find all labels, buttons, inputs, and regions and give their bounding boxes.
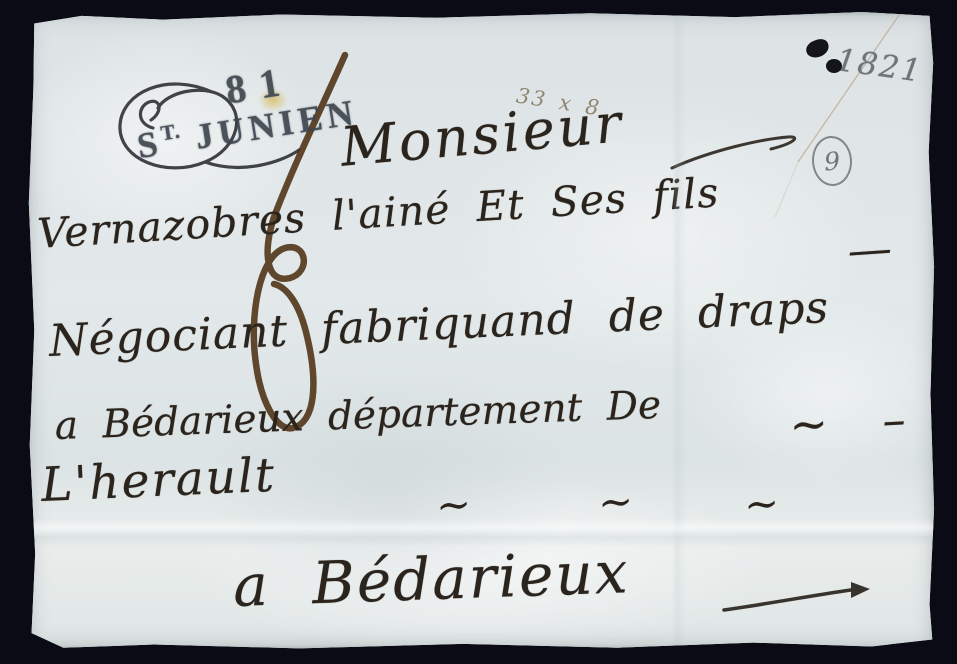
postage-due-value: 8 xyxy=(27,12,28,13)
ink-dot xyxy=(804,37,831,60)
ink-dot xyxy=(826,59,842,73)
address-line-town-department: a Bédarieux département De xyxy=(54,383,662,449)
pencil-circled-number: 9 xyxy=(810,135,853,188)
photo-background: 8 81 ST. JUNIEN 1821 9 33 x 8 Monsieur V… xyxy=(0,0,957,664)
flourish-tilde: ∼ xyxy=(742,478,781,529)
monsieur-tail-flourish xyxy=(672,137,795,168)
postmark: 81 ST. JUNIEN xyxy=(128,51,360,164)
address-line-name-dash: — xyxy=(846,223,893,277)
address-line-profession: Négociant fabriquand de draps xyxy=(48,282,830,367)
letter-paper: 8 81 ST. JUNIEN 1821 9 33 x 8 Monsieur V… xyxy=(27,12,935,649)
address-line-destination: a Bédarieux xyxy=(232,538,630,620)
address-line-name: Vernazobres l'ainé Et Ses fils xyxy=(36,168,721,258)
address-line-monsieur: Monsieur xyxy=(338,91,627,179)
address-line-town-flourish: ∼ – xyxy=(788,392,907,452)
flourish-tilde: ∼ xyxy=(596,476,635,527)
address-line-herault: L'herault xyxy=(40,448,277,513)
pencil-year-note: 1821 xyxy=(834,42,925,90)
postmark-town-superscript: T. xyxy=(159,119,182,146)
flourish-tilde: ∼ xyxy=(434,479,473,530)
address-arrow-flourish xyxy=(724,582,870,610)
